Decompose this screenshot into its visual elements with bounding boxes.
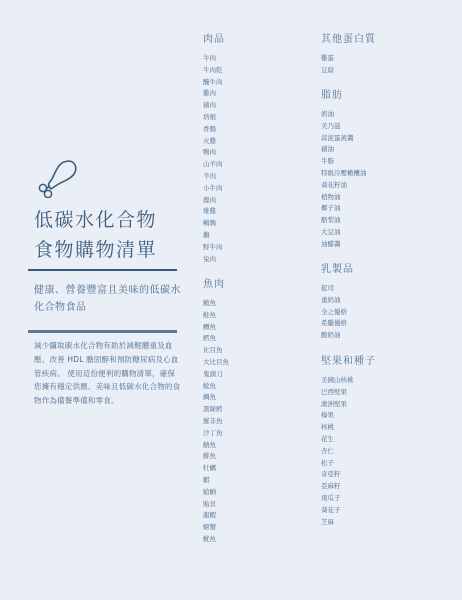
list-item: 大比目魚 xyxy=(203,357,229,369)
list-item: 香腸 xyxy=(203,124,225,136)
list-item: 杏仁 xyxy=(321,446,376,458)
list-item: 雞蛋 xyxy=(321,53,376,65)
list-item: 火雞 xyxy=(203,136,225,148)
page-title: 低碳水化合物 食物購物清單 xyxy=(34,205,157,265)
list-item: 雉雞 xyxy=(203,206,225,218)
list-item: 希臘優格 xyxy=(321,318,354,330)
list-item: 鱒魚 xyxy=(203,322,229,334)
list-item: 特級冷壓橄欖油 xyxy=(321,168,367,180)
list-item: 葵花籽油 xyxy=(321,180,367,192)
list-item: 核桃 xyxy=(321,422,376,434)
list-item: 螃蟹 xyxy=(203,522,229,534)
list-item: 鯛魚 xyxy=(203,392,229,404)
list-item: 鵪鶉 xyxy=(203,218,225,230)
list-item: 豬肉 xyxy=(203,100,225,112)
section-nuts: 堅果和種子 美國山核桃巴西堅果澳洲堅果榛果核桃花生杏仁松子奇亞籽亞麻籽南瓜子葵花… xyxy=(321,355,376,528)
list-item: 龍蝦 xyxy=(203,510,229,522)
section-dairy: 乳製品 起司重奶油全之優格希臘優格酸奶油 xyxy=(321,263,354,342)
list-item: 黑線鱈 xyxy=(203,404,229,416)
list-item: 鯡魚 xyxy=(203,451,229,463)
list-item: 奶油 xyxy=(321,109,367,121)
list-item: 羊肉 xyxy=(203,171,225,183)
list-item: 葵花子 xyxy=(321,505,376,517)
list-item: 野牛肉 xyxy=(203,242,225,254)
list-item: 起司 xyxy=(321,283,354,295)
section-heading: 堅果和種子 xyxy=(321,355,376,369)
item-list: 牛肉牛肉乾醃牛肉雞肉豬肉培根香腸火雞鴨肉山羊肉羊肉小牛肉鹿肉雉雞鵪鶉鵝野牛肉兔肉 xyxy=(203,53,225,265)
list-item: 榛果 xyxy=(321,410,376,422)
list-item: 沙丁魚 xyxy=(203,428,229,440)
item-list: 奶油美乃滋蒜泥蛋黃醬豬油牛脂特級冷壓橄欖油葵花籽油植物油椰子油酪梨油大豆油油醋醬 xyxy=(321,109,367,251)
list-item: 鹿肉 xyxy=(203,195,225,207)
subtitle: 健康、營養豐富且美味的低碳水化合物食品 xyxy=(34,282,184,316)
list-item: 鮪魚 xyxy=(203,298,229,310)
list-item: 鱈魚 xyxy=(203,333,229,345)
drumstick-icon xyxy=(34,158,78,198)
list-item: 牡蠣 xyxy=(203,463,229,475)
list-item: 醃牛肉 xyxy=(203,77,225,89)
list-item: 蛤蜊 xyxy=(203,487,229,499)
section-heading: 其他蛋白質 xyxy=(321,33,376,47)
list-item: 牛肉乾 xyxy=(203,65,225,77)
list-item: 鯖魚 xyxy=(203,440,229,452)
list-item: 酪梨油 xyxy=(321,215,367,227)
list-item: 油醋醬 xyxy=(321,239,367,251)
list-item: 鵝 xyxy=(203,230,225,242)
list-item: 牛脂 xyxy=(321,156,367,168)
list-item: 亞麻籽 xyxy=(321,481,376,493)
section-heading: 脂肪 xyxy=(321,89,367,103)
list-item: 花生 xyxy=(321,434,376,446)
list-item: 南瓜子 xyxy=(321,493,376,505)
list-item: 豆腐 xyxy=(321,65,376,77)
list-item: 培根 xyxy=(203,112,225,124)
list-item: 豬油 xyxy=(321,144,367,156)
list-item: 魷魚 xyxy=(203,534,229,546)
list-item: 貽貝 xyxy=(203,499,229,511)
list-item: 雞肉 xyxy=(203,88,225,100)
list-item: 澳洲堅果 xyxy=(321,399,376,411)
list-item: 小牛肉 xyxy=(203,183,225,195)
item-list: 美國山核桃巴西堅果澳洲堅果榛果核桃花生杏仁松子奇亞籽亞麻籽南瓜子葵花子芝麻 xyxy=(321,375,376,528)
section-heading: 肉品 xyxy=(203,33,225,47)
list-item: 鯰魚 xyxy=(203,381,229,393)
section-fats: 脂肪 奶油美乃滋蒜泥蛋黃醬豬油牛脂特級冷壓橄欖油葵花籽油植物油椰子油酪梨油大豆油… xyxy=(321,89,367,251)
list-item: 山羊肉 xyxy=(203,159,225,171)
list-item: 蝦 xyxy=(203,475,229,487)
title-line-2: 食物購物清單 xyxy=(34,235,157,265)
list-item: 椰子油 xyxy=(321,203,367,215)
section-meat: 肉品 牛肉牛肉乾醃牛肉雞肉豬肉培根香腸火雞鴨肉山羊肉羊肉小牛肉鹿肉雉雞鵪鶉鵝野牛… xyxy=(203,33,225,265)
divider-bottom xyxy=(28,330,177,333)
list-item: 重奶油 xyxy=(321,295,354,307)
list-item: 巴西堅果 xyxy=(321,387,376,399)
list-item: 蒜泥蛋黃醬 xyxy=(321,133,367,145)
item-list: 鮪魚鮭魚鱒魚鱈魚比目魚大比目魚鬼頭刀鯰魚鯛魚黑線鱈羅非魚沙丁魚鯖魚鯡魚牡蠣蝦蛤蜊… xyxy=(203,298,229,546)
list-item: 兔肉 xyxy=(203,254,225,266)
title-line-1: 低碳水化合物 xyxy=(34,205,157,235)
list-item: 芝麻 xyxy=(321,517,376,529)
list-item: 酸奶油 xyxy=(321,330,354,342)
section-fish: 魚肉 鮪魚鮭魚鱒魚鱈魚比目魚大比目魚鬼頭刀鯰魚鯛魚黑線鱈羅非魚沙丁魚鯖魚鯡魚牡蠣… xyxy=(203,278,229,546)
section-other-protein: 其他蛋白質 雞蛋豆腐 xyxy=(321,33,376,77)
section-heading: 乳製品 xyxy=(321,263,354,277)
item-list: 起司重奶油全之優格希臘優格酸奶油 xyxy=(321,283,354,342)
section-heading: 魚肉 xyxy=(203,278,229,292)
list-item: 美國山核桃 xyxy=(321,375,376,387)
list-item: 鬼頭刀 xyxy=(203,369,229,381)
list-item: 美乃滋 xyxy=(321,121,367,133)
list-item: 比目魚 xyxy=(203,345,229,357)
item-list: 雞蛋豆腐 xyxy=(321,53,376,77)
list-item: 奇亞籽 xyxy=(321,469,376,481)
list-item: 大豆油 xyxy=(321,227,367,239)
list-item: 牛肉 xyxy=(203,53,225,65)
list-item: 全之優格 xyxy=(321,307,354,319)
list-item: 羅非魚 xyxy=(203,416,229,428)
list-item: 鴨肉 xyxy=(203,147,225,159)
list-item: 松子 xyxy=(321,458,376,470)
description: 減少攝取碳水化合物有助於減輕體重及血壓、改善 HDL 膽固醇和預防糖尿病及心血管… xyxy=(34,339,182,408)
list-item: 鮭魚 xyxy=(203,310,229,322)
divider-top xyxy=(28,269,177,271)
list-item: 植物油 xyxy=(321,192,367,204)
